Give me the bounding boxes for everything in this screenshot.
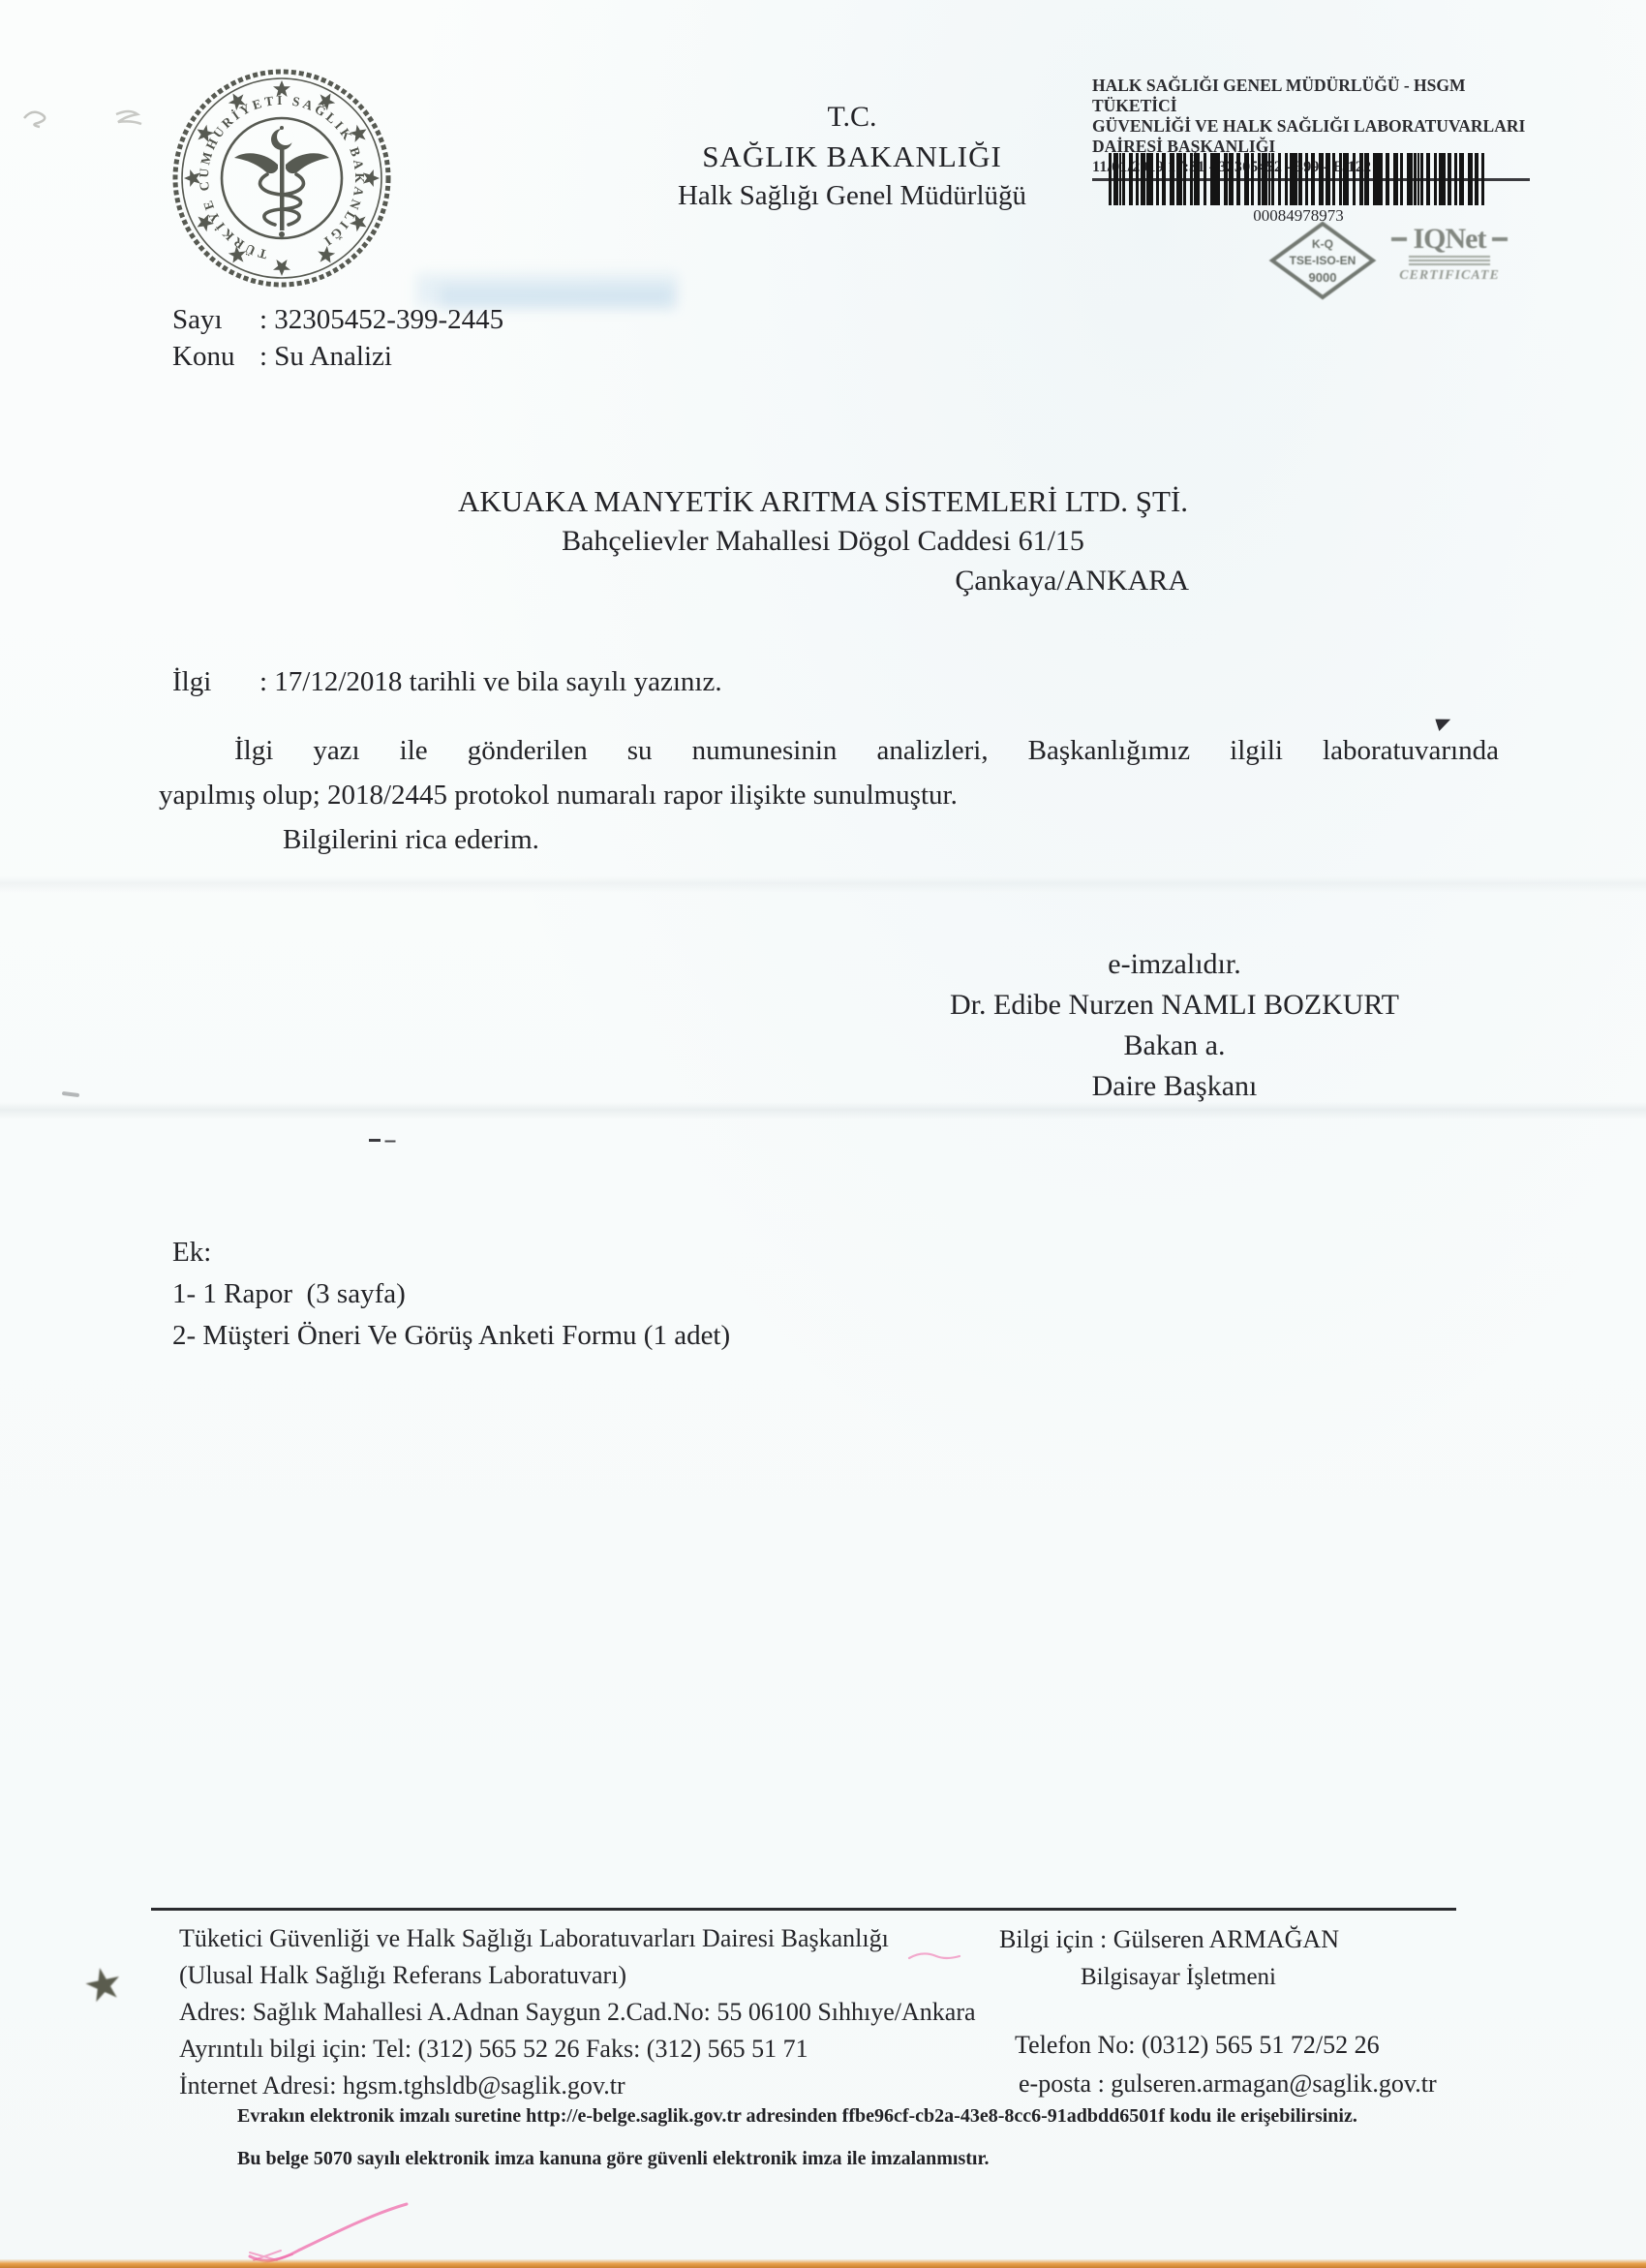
- barcode-icon: [1109, 153, 1488, 205]
- sayi-value: : 32305452-399-2445: [259, 304, 503, 335]
- signatory-on-behalf: Bakan a.: [852, 1026, 1497, 1066]
- scanner-edge: [0, 2259, 1646, 2268]
- caduceus-icon: [234, 126, 329, 237]
- recipient-name: AKUAKA MANYETİK ARITMA SİSTEMLERİ LTD. Ş…: [436, 481, 1210, 521]
- footer-divider: [151, 1908, 1456, 1911]
- department-line: HALK SAĞLIĞI GENEL MÜDÜRLÜĞÜ - HSGM TÜKE…: [1092, 76, 1530, 116]
- fine-print-law: Bu belge 5070 sayılı elektronik imza kan…: [237, 2137, 1496, 2180]
- body-line: yapılmış olup; 2018/2445 protokol numara…: [159, 773, 1499, 817]
- contact-phone: Telefon No: (0312) 565 51 72/52 26: [1015, 2031, 1380, 2060]
- star-stamp-mark: ★: [78, 1954, 129, 2013]
- iqnet-certificate-label: CERTIFICATE: [1387, 268, 1512, 284]
- signature-block: e-imzalıdır. Dr. Edibe Nurzen NAMLI BOZK…: [852, 944, 1497, 1107]
- small-pen-mark: [369, 1139, 381, 1142]
- reference-row: İlgi: 17/12/2018 tarihli ve bila sayılı …: [172, 666, 722, 698]
- attachments-label: Ek:: [172, 1232, 730, 1273]
- iqnet-dash: [1492, 237, 1508, 241]
- tse-line3: 9000: [1309, 270, 1337, 285]
- title-ministry: SAĞLIK BAKANLIĞI: [542, 137, 1162, 176]
- ministry-title-block: T.C. SAĞLIK BAKANLIĞI Halk Sağlığı Genel…: [542, 97, 1162, 216]
- tse-certification-icon: K-Q TSE-ISO-EN 9000: [1268, 221, 1377, 300]
- fine-print-access: Evrakın elektronik imzalı suretine http:…: [237, 2095, 1496, 2137]
- footer-line-phone: Ayrıntılı bilgi için: Tel: (312) 565 52 …: [179, 2031, 1031, 2068]
- tse-line2: TSE-ISO-EN: [1290, 254, 1356, 267]
- reference-label: İlgi: [172, 666, 259, 698]
- contact-role: Bilgisayar İşletmeni: [999, 1964, 1357, 1991]
- iqnet-certification-icon: IQNet CERTIFICATE: [1387, 225, 1512, 284]
- signatory-name: Dr. Edibe Nurzen NAMLI BOZKURT: [852, 985, 1497, 1026]
- contact-person: Bilgi için : Gülseren ARMAĞAN: [999, 1925, 1339, 1954]
- attachment-item: 2- Müşteri Öneri Ve Görüş Anketi Formu (…: [172, 1315, 730, 1357]
- attachment-item: 1- 1 Rapor (3 sayfa): [172, 1273, 730, 1315]
- pencil-marks: [19, 97, 155, 136]
- attachments-block: Ek: 1- 1 Rapor (3 sayfa) 2- Müşteri Öner…: [172, 1232, 730, 1357]
- footer-line-lab: (Ulusal Halk Sağlığı Referans Laboratuva…: [179, 1957, 1031, 1994]
- scanned-letter-page: TÜRKİYE CUMHURİYETİ SAĞLIK BAKANLIĞI T.C…: [0, 0, 1646, 2268]
- footer-left-block: Tüketici Güvenliği ve Halk Sağlığı Labor…: [179, 1920, 1031, 2104]
- sayi-label: Sayı: [172, 304, 259, 336]
- title-directorate: Halk Sağlığı Genel Müdürlüğü: [542, 176, 1162, 216]
- konu-value: : Su Analizi: [259, 341, 392, 372]
- tse-line1: K-Q: [1312, 237, 1333, 251]
- sayi-row: Sayı: 32305452-399-2445: [172, 304, 503, 336]
- recipient-city: Çankaya/ANKARA: [436, 561, 1210, 600]
- iqnet-sub-lines: [1409, 256, 1490, 265]
- department-line: GÜVENLİĞİ VE HALK SAĞLIĞI LABORATUVARLAR…: [1092, 116, 1530, 137]
- margin-mark: [62, 1091, 79, 1097]
- body-line: İlgi yazı ile gönderilen su numunesinin …: [159, 728, 1499, 773]
- body-paragraph: İlgi yazı ile gönderilen su numunesinin …: [159, 728, 1499, 862]
- footer-line-address: Adres: Sağlık Mahallesi A.Adnan Saygun 2…: [179, 1994, 1031, 2031]
- konu-label: Konu: [172, 341, 259, 373]
- esignature-note: e-imzalıdır.: [852, 944, 1497, 985]
- ministry-emblem-icon: TÜRKİYE CUMHURİYETİ SAĞLIK BAKANLIĞI: [161, 60, 403, 297]
- iqnet-dash: [1391, 237, 1407, 241]
- konu-row: Konu: Su Analizi: [172, 341, 392, 373]
- footer-line-dept: Tüketici Güvenliği ve Halk Sağlığı Labor…: [179, 1920, 1031, 1957]
- closing-line: Bilgilerini rica ederim.: [159, 817, 1499, 862]
- pink-scribble-mark: [242, 2196, 416, 2268]
- title-tc: T.C.: [542, 97, 1162, 137]
- recipient-address: Bahçelievler Mahallesi Dögol Caddesi 61/…: [436, 521, 1210, 561]
- fine-print-block: Evrakın elektronik imzalı suretine http:…: [237, 2095, 1496, 2180]
- recipient-block: AKUAKA MANYETİK ARITMA SİSTEMLERİ LTD. Ş…: [436, 481, 1210, 600]
- reference-value: : 17/12/2018 tarihli ve bila sayılı yazı…: [259, 666, 722, 697]
- iqnet-name: IQNet: [1414, 225, 1486, 254]
- signatory-title: Daire Başkanı: [852, 1066, 1497, 1107]
